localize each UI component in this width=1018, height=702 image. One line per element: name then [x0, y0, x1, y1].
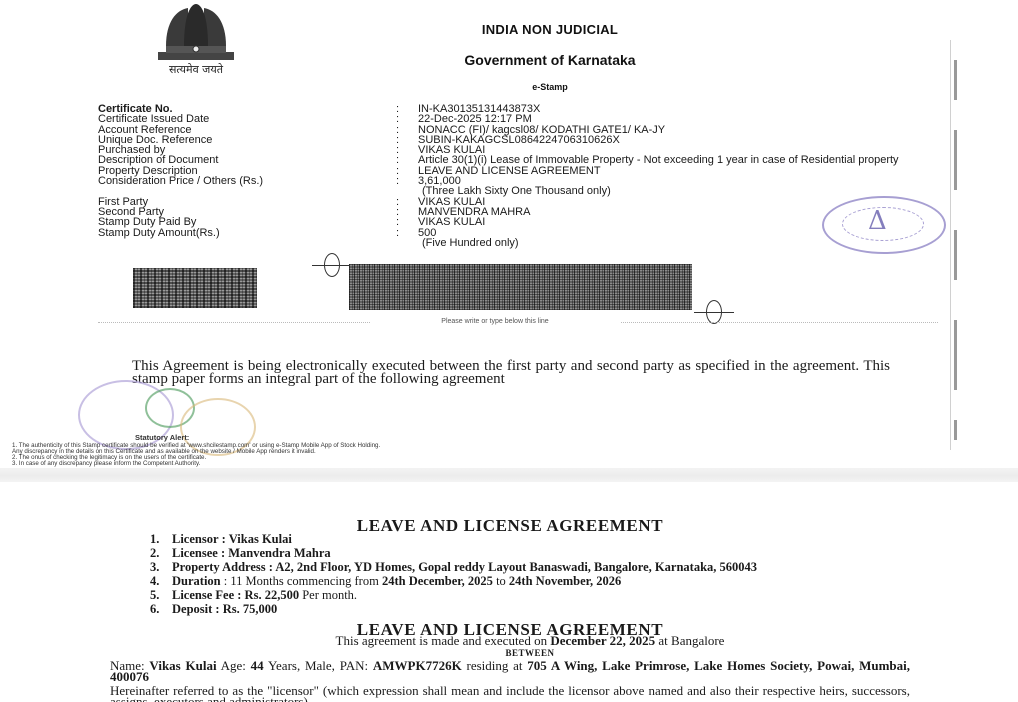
side-security-strip	[950, 40, 965, 450]
field-consideration-price: Consideration Price / Others (Rs.): 3,61…	[98, 176, 978, 197]
agreement-made-line: This agreement is made and executed on D…	[150, 633, 910, 649]
list-item-license-fee: 5. License Fee : Rs. 22,500 Per month.	[150, 590, 910, 601]
agreement-page: LEAVE AND LICENSE AGREEMENT 1. Licensor …	[0, 482, 1018, 702]
agreement-title: LEAVE AND LICENSE AGREEMENT	[200, 516, 820, 536]
barcode-redacted	[349, 264, 692, 310]
licensor-details: Name: Vikas Kulai Age: 44 Years, Male, P…	[110, 660, 910, 682]
estamp-page: सत्यमेव जयते INDIA NON JUDICIAL Governme…	[0, 0, 1018, 470]
agreement-summary-list: 1. Licensor : Vikas Kulai 2. Licensee : …	[150, 534, 910, 618]
cut-line-label: Please write or type below this line	[370, 318, 620, 325]
list-item-property-address: 3. Property Address : A2, 2nd Floor, YD …	[150, 562, 910, 573]
list-item-licensee: 2. Licensee : Manvendra Mahra	[150, 548, 910, 559]
list-item-deposit: 6. Deposit : Rs. 75,000	[150, 604, 910, 615]
agreement-intro-text: This Agreement is being electronically e…	[132, 360, 890, 386]
between-label: BETWEEN	[150, 648, 910, 658]
list-item-duration: 4. Duration : 11 Months commencing from …	[150, 576, 910, 587]
header-government: Government of Karnataka	[380, 52, 720, 68]
emblem-motto: सत्यमेव जयते	[138, 62, 254, 77]
signature-mark-icon: Δ	[868, 206, 887, 236]
official-seal-stamp: Δ	[822, 196, 946, 254]
crosshair-mark-icon	[312, 253, 352, 279]
field-certificate-no: Certificate No.: IN-KA30135131443873X	[98, 104, 978, 114]
field-unique-doc-reference: Unique Doc. Reference: SUBIN-KAKAGCSL086…	[98, 135, 978, 145]
header-india-non-judicial: INDIA NON JUDICIAL	[400, 22, 700, 37]
list-item-licensor: 1. Licensor : Vikas Kulai	[150, 534, 910, 545]
hereinafter-clause: Hereinafter referred to as the "licensor…	[110, 685, 910, 702]
qr-code-redacted	[133, 268, 257, 308]
header-estamp: e-Stamp	[450, 82, 650, 92]
